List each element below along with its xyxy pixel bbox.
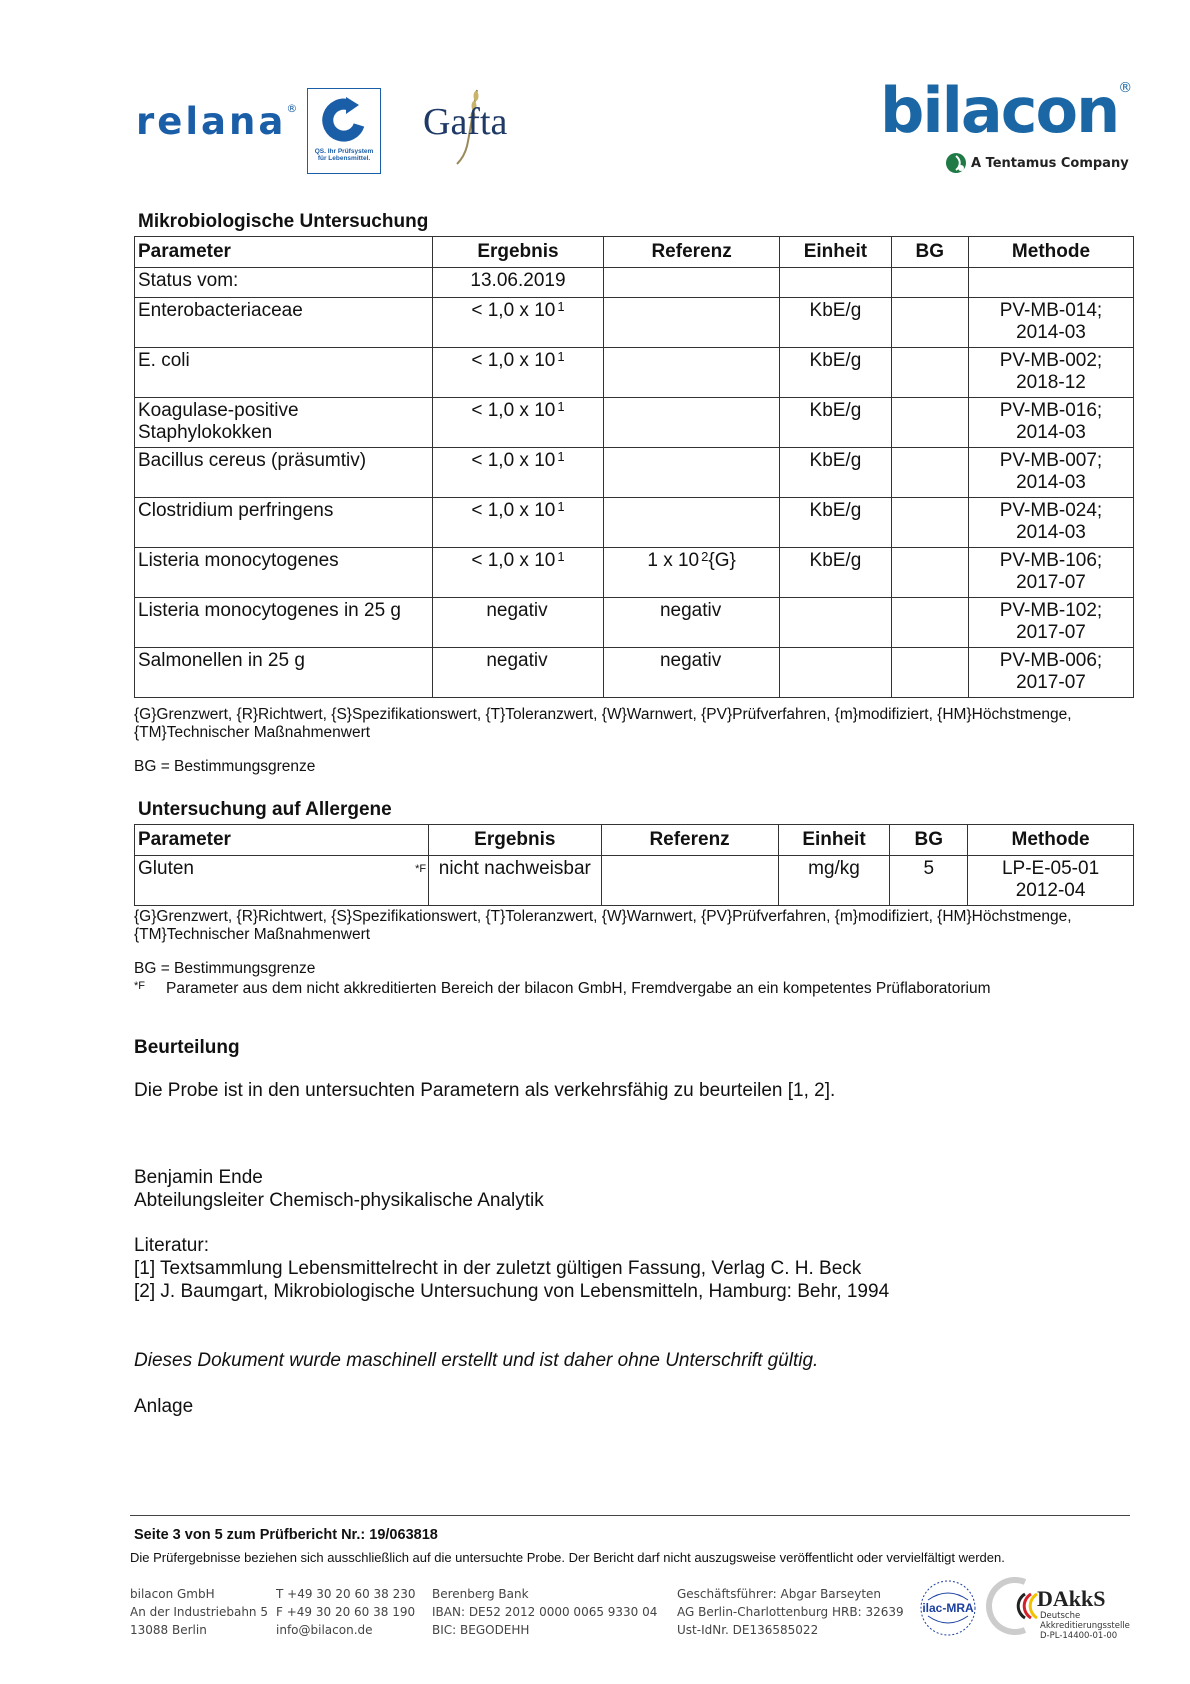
cell-result: < 1,0 x 101 xyxy=(432,498,603,548)
cell-result: negativ xyxy=(432,648,603,698)
table-row: Gluten *F nicht nachweisbar mg/kg 5 LP-E… xyxy=(135,856,1134,906)
cell-reference xyxy=(603,398,779,448)
cell-unit: KbE/g xyxy=(780,548,891,598)
cell-reference xyxy=(601,856,778,906)
table-row: Listeria monocytogenes in 25 gnegativneg… xyxy=(135,598,1134,648)
cell-method: PV-MB-102;2017-07 xyxy=(968,598,1133,648)
footer-company: bilacon GmbHAn der Industriebahn 513088 … xyxy=(130,1585,268,1639)
cell-bg xyxy=(891,398,968,448)
cell-unit xyxy=(780,648,891,698)
cell-reference: negativ xyxy=(603,648,779,698)
table-row: Listeria monocytogenes< 1,0 x 1011 x 102… xyxy=(135,548,1134,598)
table-row: Koagulase-positive Staphylokokken< 1,0 x… xyxy=(135,398,1134,448)
signatory-role: Abteilungsleiter Chemisch-physikalische … xyxy=(134,1190,544,1212)
header-ergebnis: Ergebnis xyxy=(432,237,603,268)
cell-method: PV-MB-007;2014-03 xyxy=(968,448,1133,498)
allergen-legend: {G}Grenzwert, {R}Richtwert, {S}Spezifika… xyxy=(134,908,1144,944)
qs-logo: QS. Ihr Prüfsystem für Lebensmittel. xyxy=(307,88,381,174)
cell-unit: KbE/g xyxy=(780,498,891,548)
table-row: Enterobacteriaceae< 1,0 x 101KbE/gPV-MB-… xyxy=(135,298,1134,348)
literature-item: [2] J. Baumgart, Mikrobiologische Unters… xyxy=(134,1281,889,1303)
footer-disclaimer: Die Prüfergebnisse beziehen sich ausschl… xyxy=(130,1550,1005,1565)
assessment-title: Beurteilung xyxy=(134,1037,240,1059)
header-referenz: Referenz xyxy=(603,237,779,268)
header-parameter: Parameter xyxy=(135,825,429,856)
literature-title: Literatur: xyxy=(134,1235,209,1257)
cell-method: PV-MB-006;2017-07 xyxy=(968,648,1133,698)
footnote-mark: *F xyxy=(134,980,166,998)
cell-method: PV-MB-002;2018-12 xyxy=(968,348,1133,398)
cell-parameter: Clostridium perfringens xyxy=(135,498,433,548)
header-einheit: Einheit xyxy=(778,825,890,856)
cell-bg: 5 xyxy=(890,856,968,906)
gafta-logo: Gafta xyxy=(423,100,507,144)
footnote-mark: *F xyxy=(415,858,426,880)
svg-text:ilac-MRA: ilac-MRA xyxy=(922,1601,974,1615)
cell-unit: mg/kg xyxy=(778,856,890,906)
header-methode: Methode xyxy=(968,237,1133,268)
header-bg: BG xyxy=(891,237,968,268)
cell-method: PV-MB-024;2014-03 xyxy=(968,498,1133,548)
dakks-subtitle: DeutscheAkkreditierungsstelleD-PL-14400-… xyxy=(1040,1611,1130,1641)
cell-result: < 1,0 x 101 xyxy=(432,298,603,348)
cell-reference xyxy=(603,348,779,398)
footer-management: Geschäftsführer: Abgar BarseytenAG Berli… xyxy=(677,1585,904,1639)
micro-bg-note: BG = Bestimmungsgrenze xyxy=(134,758,315,776)
cell-reference: 1 x 102{G} xyxy=(603,548,779,598)
cell-parameter: Listeria monocytogenes in 25 g xyxy=(135,598,433,648)
table-header-row: Parameter Ergebnis Referenz Einheit BG M… xyxy=(135,825,1134,856)
cell-parameter: Listeria monocytogenes xyxy=(135,548,433,598)
allergen-section-title: Untersuchung auf Allergene xyxy=(138,799,392,821)
machine-note: Dieses Dokument wurde maschinell erstell… xyxy=(134,1350,818,1372)
cell-result: < 1,0 x 101 xyxy=(432,448,603,498)
cell-bg xyxy=(891,648,968,698)
cell-bg xyxy=(891,298,968,348)
dakks-logo-mark xyxy=(985,1576,1045,1636)
table-row: Salmonellen in 25 gnegativnegativPV-MB-0… xyxy=(135,648,1134,698)
tentamus-tagline: A Tentamus Company xyxy=(945,152,1129,174)
cell-method: PV-MB-014;2014-03 xyxy=(968,298,1133,348)
cell-result: negativ xyxy=(432,598,603,648)
relana-logo: relana® xyxy=(136,100,297,143)
cell-reference: negativ xyxy=(603,598,779,648)
cell-method: PV-MB-016;2014-03 xyxy=(968,398,1133,448)
literature-item: [1] Textsammlung Lebensmittelrecht in de… xyxy=(134,1258,861,1280)
cell-parameter: Koagulase-positive Staphylokokken xyxy=(135,398,433,448)
cell-reference xyxy=(603,298,779,348)
table-header-row: Parameter Ergebnis Referenz Einheit BG M… xyxy=(135,237,1134,268)
cell-parameter: Gluten *F xyxy=(135,856,429,906)
header-bg: BG xyxy=(890,825,968,856)
footer-divider xyxy=(130,1515,1130,1516)
cell-result: < 1,0 x 101 xyxy=(432,348,603,398)
footer-contact: T +49 30 20 60 38 230F +49 30 20 60 38 1… xyxy=(276,1585,416,1639)
micro-legend: {G}Grenzwert, {R}Richtwert, {S}Spezifika… xyxy=(134,706,1144,742)
cell-bg xyxy=(891,348,968,398)
tentamus-leaf-icon xyxy=(945,152,967,174)
micro-table: Parameter Ergebnis Referenz Einheit BG M… xyxy=(134,236,1134,698)
cell-bg xyxy=(891,598,968,648)
cell-bg xyxy=(891,548,968,598)
allergen-table: Parameter Ergebnis Referenz Einheit BG M… xyxy=(134,824,1134,906)
qs-caption: QS. Ihr Prüfsystem für Lebensmittel. xyxy=(308,148,380,162)
header-methode: Methode xyxy=(968,825,1134,856)
header-ergebnis: Ergebnis xyxy=(429,825,601,856)
cell-method: PV-MB-106;2017-07 xyxy=(968,548,1133,598)
cell-unit: KbE/g xyxy=(780,398,891,448)
foreign-lab-note: *F Parameter aus dem nicht akkreditierte… xyxy=(134,980,990,998)
allergen-bg-note: BG = Bestimmungsgrenze xyxy=(134,960,315,978)
cell-method: LP-E-05-01 2012-04 xyxy=(968,856,1134,906)
cell-unit: KbE/g xyxy=(780,298,891,348)
assessment-text: Die Probe ist in den untersuchten Parame… xyxy=(134,1080,835,1102)
ilac-mra-logo: ilac-MRA xyxy=(918,1578,978,1638)
cell-unit: KbE/g xyxy=(780,348,891,398)
cell-unit xyxy=(780,598,891,648)
cell-unit: KbE/g xyxy=(780,448,891,498)
table-row: Clostridium perfringens< 1,0 x 101KbE/gP… xyxy=(135,498,1134,548)
cell-parameter: E. coli xyxy=(135,348,433,398)
bilacon-logo: bilacon® xyxy=(880,74,1132,147)
cell-result: < 1,0 x 101 xyxy=(432,548,603,598)
cell-parameter: Salmonellen in 25 g xyxy=(135,648,433,698)
page-info: Seite 3 von 5 zum Prüfbericht Nr.: 19/06… xyxy=(134,1527,438,1543)
signatory-name: Benjamin Ende xyxy=(134,1167,263,1189)
status-row: Status vom: 13.06.2019 xyxy=(135,268,1134,298)
cell-parameter: Bacillus cereus (präsumtiv) xyxy=(135,448,433,498)
cell-bg xyxy=(891,498,968,548)
cell-bg xyxy=(891,448,968,498)
status-label: Status vom: xyxy=(135,268,433,298)
footer-bank: Berenberg BankIBAN: DE52 2012 0000 0065 … xyxy=(432,1585,657,1639)
dakks-name: DAkkS xyxy=(1037,1586,1105,1612)
cell-parameter: Enterobacteriaceae xyxy=(135,298,433,348)
header-einheit: Einheit xyxy=(780,237,891,268)
cell-result: < 1,0 x 101 xyxy=(432,398,603,448)
table-row: Bacillus cereus (präsumtiv)< 1,0 x 101Kb… xyxy=(135,448,1134,498)
cell-reference xyxy=(603,448,779,498)
micro-section-title: Mikrobiologische Untersuchung xyxy=(138,211,428,233)
attachment-label: Anlage xyxy=(134,1396,193,1418)
cell-reference xyxy=(603,498,779,548)
header-referenz: Referenz xyxy=(601,825,778,856)
qs-arrow-icon xyxy=(319,95,369,145)
table-row: E. coli< 1,0 x 101KbE/gPV-MB-002;2018-12 xyxy=(135,348,1134,398)
cell-result: nicht nachweisbar xyxy=(429,856,601,906)
header-parameter: Parameter xyxy=(135,237,433,268)
status-date: 13.06.2019 xyxy=(432,268,603,298)
